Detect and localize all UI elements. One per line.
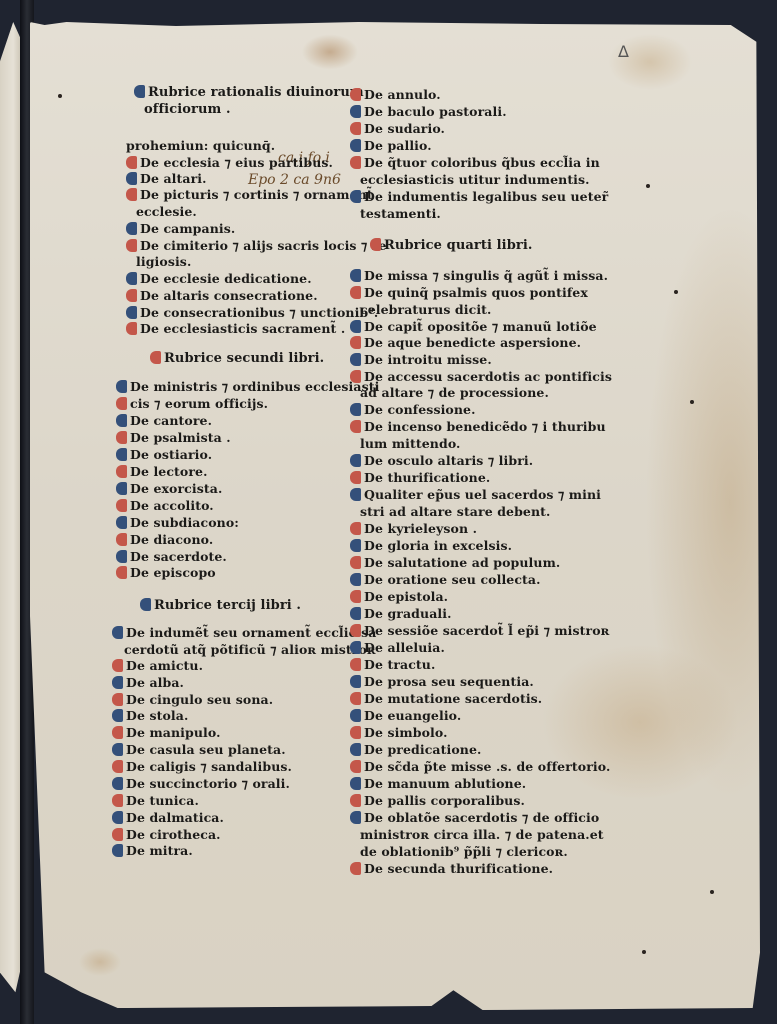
rubric-entry: De salutatione ad populum.	[350, 555, 560, 570]
rubric-text: ecclesiasticis utitur indumentis.	[360, 172, 590, 187]
rubric-entry: De stola.	[112, 708, 188, 723]
pilcrow-blue-icon	[350, 454, 361, 467]
rubric-text: De amictu.	[126, 658, 203, 673]
rubric-text: De introitu misse.	[364, 352, 492, 367]
pilcrow-blue-icon	[140, 598, 151, 611]
rubric-entry: De alleluia.	[350, 640, 445, 655]
rubric-entry: De pallio.	[350, 138, 432, 153]
rubric-text: lum mittendo.	[360, 436, 461, 451]
rubric-entry: De graduali.	[350, 606, 452, 621]
rubric-text: De oblatõe sacerdotis ⁊ de officio	[364, 810, 599, 825]
rubric-text: De simbolo.	[364, 725, 448, 740]
rubric-text: De cimiterio ⁊ alijs sacris locis ⁊ re	[140, 238, 387, 253]
rubric-text: cis ⁊ eorum officijs.	[130, 396, 268, 411]
pilcrow-red-icon	[350, 88, 361, 101]
pilcrow-blue-icon	[350, 811, 361, 824]
rubric-text: De cirotheca.	[126, 827, 221, 842]
rubric-text: De diacono.	[130, 532, 213, 547]
rubric-entry: De sacerdote.	[116, 549, 227, 564]
rubric-text: De indumẽt̃ seu ornament̃ eccl̃ie sa	[126, 625, 376, 640]
rubric-text: De graduali.	[364, 606, 452, 621]
pilcrow-red-icon	[116, 397, 127, 410]
rubric-entry: De osculo altaris ⁊ libri.	[350, 453, 533, 468]
rubric-text: de oblationib⁹ p̃p̃li ⁊ clericoʀ.	[360, 844, 568, 859]
rubric-text: De cingulo seu sona.	[126, 692, 273, 707]
rubric-text: De dalmatica.	[126, 810, 224, 825]
rubric-entry: De ministris ⁊ ordinibus ecclesiasti	[116, 379, 379, 394]
rubric-text: cerdotũ atq̃ põtificũ ⁊ alioʀ mistroʀ	[124, 642, 376, 657]
rubric-entry: De lectore.	[116, 464, 208, 479]
rubric-text: prohemiun: quicunq̄.	[126, 138, 275, 153]
rubric-entry: De tunica.	[112, 793, 199, 808]
rubric-entry: ad altare ⁊ de processione.	[360, 385, 549, 400]
rubric-entry: de oblationib⁹ p̃p̃li ⁊ clericoʀ.	[360, 844, 568, 859]
rubric-text: De kyrieleyson .	[364, 521, 477, 536]
rubric-entry: De secunda thurificatione.	[350, 861, 553, 876]
rubric-entry: De introitu misse.	[350, 352, 492, 367]
rubric-text: De alba.	[126, 675, 184, 690]
rubric-text: De mitra.	[126, 843, 193, 858]
rubric-text: De capit̃ opositõe ⁊ manuũ lotiõe	[364, 319, 597, 334]
pilcrow-red-icon	[350, 726, 361, 739]
manuscript-page: Δ ca.i fo.i Epo 2 ca 9n6 Rubrice rationa…	[30, 22, 760, 1012]
rubric-text: De prosa seu sequentia.	[364, 674, 534, 689]
rubric-entry: De consecrationibus ⁊ unctionib⁹.	[126, 305, 378, 320]
rubric-entry: stri ad altare stare debent.	[360, 504, 551, 519]
pilcrow-blue-icon	[116, 414, 127, 427]
pilcrow-blue-icon	[112, 743, 123, 756]
rubric-entry: De pallis corporalibus.	[350, 793, 525, 808]
rubric-entry: celebraturus dicit.	[360, 302, 492, 317]
rubric-entry: De gloria in excelsis.	[350, 538, 512, 553]
rubric-entry: De cingulo seu sona.	[112, 692, 273, 707]
rubric-entry: De ecclesie dedicatione.	[126, 271, 312, 286]
pilcrow-blue-icon	[112, 811, 123, 824]
pilcrow-blue-icon	[116, 550, 127, 563]
pilcrow-red-icon	[350, 122, 361, 135]
rubric-text: De tractu.	[364, 657, 435, 672]
rubric-entry: De indumentis legalibus seu ueter̃	[350, 189, 608, 204]
pilcrow-blue-icon	[350, 777, 361, 790]
pilcrow-blue-icon	[350, 743, 361, 756]
rubric-text: De psalmista .	[130, 430, 231, 445]
pilcrow-blue-icon	[350, 607, 361, 620]
pilcrow-red-icon	[350, 862, 361, 875]
pilcrow-blue-icon	[112, 676, 123, 689]
rubric-text: De ministris ⁊ ordinibus ecclesiasti	[130, 379, 379, 394]
rubric-entry: ligiosis.	[136, 254, 191, 269]
rubric-entry: De capit̃ opositõe ⁊ manuũ lotiõe	[350, 319, 597, 334]
marginal-annotation-line2: Epo 2 ca 9n6	[248, 172, 341, 188]
pilcrow-red-icon	[350, 760, 361, 773]
rubric-entry: De manuum ablutione.	[350, 776, 526, 791]
pilcrow-red-icon	[370, 238, 381, 251]
rubric-entry: De cimiterio ⁊ alijs sacris locis ⁊ re	[126, 238, 387, 253]
ink-spot	[690, 400, 694, 404]
pilcrow-blue-icon	[116, 516, 127, 529]
pilcrow-blue-icon	[350, 675, 361, 688]
rubric-entry: De predicatione.	[350, 742, 481, 757]
pilcrow-red-icon	[350, 556, 361, 569]
rubric-entry: De annulo.	[350, 87, 441, 102]
rubric-entry: De succinctorio ⁊ orali.	[112, 776, 290, 791]
ink-spot	[642, 950, 646, 954]
rubric-heading: Rubrice secundi libri.	[150, 351, 324, 366]
pilcrow-red-icon	[112, 794, 123, 807]
rubric-text: De secunda thurificatione.	[364, 861, 553, 876]
rubric-entry: De sudario.	[350, 121, 445, 136]
pilcrow-blue-icon	[112, 844, 123, 857]
rubric-entry: De oratione seu collecta.	[350, 572, 541, 587]
rubric-entry: De dalmatica.	[112, 810, 224, 825]
pilcrow-blue-icon	[112, 626, 123, 639]
rubric-entry: De altaris consecratione.	[126, 288, 318, 303]
rubric-text: De missa ⁊ singulis q̃ agũt̃ i missa.	[364, 268, 608, 283]
rubric-entry: De cirotheca.	[112, 827, 221, 842]
rubric-text: De aque benedicte aspersione.	[364, 335, 581, 350]
rubric-entry: De amictu.	[112, 658, 203, 673]
shelfmark-glyph: Δ	[618, 42, 629, 61]
rubric-entry: De q̃tuor coloribus q̃bus eccl̃ia in	[350, 155, 600, 170]
rubric-text: De ecclesie dedicatione.	[140, 271, 312, 286]
pilcrow-blue-icon	[350, 269, 361, 282]
rubric-text: De altaris consecratione.	[140, 288, 318, 303]
pilcrow-blue-icon	[350, 403, 361, 416]
rubric-entry: De altari.	[126, 171, 207, 186]
rubric-text: Rubrice quarti libri.	[384, 238, 533, 253]
pilcrow-blue-icon	[350, 190, 361, 203]
rubric-text: De stola.	[126, 708, 188, 723]
rubric-text: testamenti.	[360, 206, 441, 221]
pilcrow-blue-icon	[116, 380, 127, 393]
rubric-entry: De diacono.	[116, 532, 213, 547]
pilcrow-blue-icon	[112, 777, 123, 790]
rubric-text: De campanis.	[140, 221, 235, 236]
rubric-text: ecclesie.	[136, 204, 197, 219]
rubric-text: stri ad altare stare debent.	[360, 504, 551, 519]
rubric-text: De quinq̃ psalmis quos pontifex	[364, 285, 588, 300]
rubric-entry: De quinq̃ psalmis quos pontifex	[350, 285, 588, 300]
rubric-text: De ecclesia ⁊ eius partibus.	[140, 155, 333, 170]
rubric-entry: ecclesie.	[136, 204, 197, 219]
rubric-entry: De euangelio.	[350, 708, 461, 723]
rubric-entry: De accessu sacerdotis ac pontificis	[350, 369, 612, 384]
rubric-entry: De incenso benedicẽdo ⁊ i thuribu	[350, 419, 606, 434]
rubric-entry: De epistola.	[350, 589, 448, 604]
rubric-entry: De picturis ⁊ cortinis ⁊ ornament̃	[126, 187, 373, 202]
rubric-entry: De mitra.	[112, 843, 193, 858]
rubric-text: De altari.	[140, 171, 207, 186]
rubric-heading: Rubrice tercij libri .	[140, 598, 301, 613]
pilcrow-blue-icon	[350, 105, 361, 118]
pilcrow-red-icon	[350, 692, 361, 705]
rubric-text: De confessione.	[364, 402, 476, 417]
rubric-text: De consecrationibus ⁊ unctionib⁹.	[140, 305, 378, 320]
rubric-heading: Rubrice rationalis diuinorum	[134, 85, 364, 100]
rubric-text: De q̃tuor coloribus q̃bus eccl̃ia in	[364, 155, 600, 170]
rubric-text: celebraturus dicit.	[360, 302, 492, 317]
pilcrow-red-icon	[116, 431, 127, 444]
pilcrow-red-icon	[126, 188, 137, 201]
rubric-entry: ministroʀ circa illa. ⁊ de patena.et	[360, 827, 604, 842]
rubric-entry: cis ⁊ eorum officijs.	[116, 396, 268, 411]
rubric-entry: cerdotũ atq̃ põtificũ ⁊ alioʀ mistroʀ	[124, 642, 376, 657]
rubric-text: De pallio.	[364, 138, 432, 153]
pilcrow-red-icon	[350, 624, 361, 637]
rubric-entry: De ostiario.	[116, 447, 212, 462]
pilcrow-red-icon	[116, 465, 127, 478]
rubric-text: De episcopo	[130, 565, 216, 580]
rubric-text: De sacerdote.	[130, 549, 227, 564]
rubric-entry: De prosa seu sequentia.	[350, 674, 534, 689]
rubric-entry: De casula seu planeta.	[112, 742, 286, 757]
rubric-entry: De indumẽt̃ seu ornament̃ eccl̃ie sa	[112, 625, 376, 640]
pilcrow-blue-icon	[350, 488, 361, 501]
pilcrow-blue-icon	[134, 85, 145, 98]
pilcrow-blue-icon	[350, 573, 361, 586]
pilcrow-red-icon	[126, 156, 137, 169]
rubric-text: De incenso benedicẽdo ⁊ i thuribu	[364, 419, 606, 434]
rubric-text: De osculo altaris ⁊ libri.	[364, 453, 533, 468]
rubric-text: De pallis corporalibus.	[364, 793, 525, 808]
rubric-text: De subdiacono:	[130, 515, 239, 530]
pilcrow-red-icon	[126, 239, 137, 252]
rubric-entry: De tractu.	[350, 657, 435, 672]
rubric-entry: De exorcista.	[116, 481, 222, 496]
rubric-entry: De sc̃da p̃te misse .s. de offertorio.	[350, 759, 610, 774]
rubric-entry: prohemiun: quicunq̄.	[126, 138, 275, 153]
pilcrow-red-icon	[116, 533, 127, 546]
rubric-text: De ostiario.	[130, 447, 212, 462]
ink-spot	[710, 890, 714, 894]
rubric-text: De predicatione.	[364, 742, 481, 757]
rubric-entry: De cantore.	[116, 413, 212, 428]
rubric-entry: testamenti.	[360, 206, 441, 221]
pilcrow-blue-icon	[350, 709, 361, 722]
pilcrow-red-icon	[350, 156, 361, 169]
pilcrow-blue-icon	[116, 482, 127, 495]
rubric-text: De gloria in excelsis.	[364, 538, 512, 553]
ink-spot	[674, 290, 678, 294]
rubric-text: De accolito.	[130, 498, 214, 513]
rubric-text: De epistola.	[364, 589, 448, 604]
pilcrow-red-icon	[112, 726, 123, 739]
rubric-text: officiorum .	[144, 102, 231, 117]
rubric-entry: De accolito.	[116, 498, 214, 513]
ink-spot	[646, 184, 650, 188]
rubric-entry: De mutatione sacerdotis.	[350, 691, 542, 706]
rubric-text: De picturis ⁊ cortinis ⁊ ornament̃	[140, 187, 373, 202]
rubric-entry: De episcopo	[116, 565, 216, 580]
rubric-entry: De oblatõe sacerdotis ⁊ de officio	[350, 810, 599, 825]
rubric-entry: De alba.	[112, 675, 184, 690]
rubric-text: De thurificatione.	[364, 470, 490, 485]
pilcrow-red-icon	[350, 286, 361, 299]
rubric-text: De succinctorio ⁊ orali.	[126, 776, 290, 791]
pilcrow-blue-icon	[126, 222, 137, 235]
rubric-text: De sudario.	[364, 121, 445, 136]
pilcrow-blue-icon	[350, 320, 361, 333]
rubric-text: De caligis ⁊ sandalibus.	[126, 759, 292, 774]
rubric-entry: De psalmista .	[116, 430, 231, 445]
rubric-text: De manuum ablutione.	[364, 776, 526, 791]
pilcrow-red-icon	[126, 289, 137, 302]
rubric-entry: De sessiõe sacerdot̃ l̃ ep̃i ⁊ mistroʀ	[350, 623, 609, 638]
rubric-text: De accessu sacerdotis ac pontificis	[364, 369, 612, 384]
rubric-entry: De thurificatione.	[350, 470, 490, 485]
rubric-text: ad altare ⁊ de processione.	[360, 385, 549, 400]
rubric-text: De sessiõe sacerdot̃ l̃ ep̃i ⁊ mistroʀ	[364, 623, 609, 638]
rubric-entry: De caligis ⁊ sandalibus.	[112, 759, 292, 774]
rubric-text: De tunica.	[126, 793, 199, 808]
pilcrow-red-icon	[116, 499, 127, 512]
rubric-text: De indumentis legalibus seu ueter̃	[364, 189, 608, 204]
rubric-entry: De manipulo.	[112, 725, 221, 740]
facing-page-edge	[0, 22, 22, 1002]
rubric-entry: De confessione.	[350, 402, 476, 417]
rubric-entry: lum mittendo.	[360, 436, 461, 451]
rubric-text: De ecclesiasticis sacrament̃ .	[140, 321, 345, 336]
pilcrow-red-icon	[112, 693, 123, 706]
pilcrow-red-icon	[350, 590, 361, 603]
pilcrow-red-icon	[350, 471, 361, 484]
pilcrow-blue-icon	[126, 272, 137, 285]
rubric-entry: De ecclesia ⁊ eius partibus.	[126, 155, 333, 170]
rubric-entry: De subdiacono:	[116, 515, 239, 530]
ink-spot	[58, 94, 62, 98]
rubric-entry: De kyrieleyson .	[350, 521, 477, 536]
pilcrow-red-icon	[350, 336, 361, 349]
pilcrow-blue-icon	[126, 172, 137, 185]
rubric-entry: ecclesiasticis utitur indumentis.	[360, 172, 590, 187]
rubric-text: De annulo.	[364, 87, 441, 102]
rubric-entry: De missa ⁊ singulis q̃ agũt̃ i missa.	[350, 268, 608, 283]
rubric-entry: De campanis.	[126, 221, 235, 236]
rubric-entry: De simbolo.	[350, 725, 448, 740]
pilcrow-blue-icon	[350, 641, 361, 654]
pilcrow-red-icon	[112, 659, 123, 672]
rubric-entry: De ecclesiasticis sacrament̃ .	[126, 321, 345, 336]
rubric-text: De baculo pastorali.	[364, 104, 507, 119]
pilcrow-blue-icon	[350, 539, 361, 552]
rubric-text: ligiosis.	[136, 254, 191, 269]
rubric-text: De euangelio.	[364, 708, 461, 723]
rubric-text: De manipulo.	[126, 725, 221, 740]
rubric-entry: De aque benedicte aspersione.	[350, 335, 581, 350]
rubric-entry: Qualiter ep̃us uel sacerdos ⁊ mini	[350, 487, 601, 502]
pilcrow-red-icon	[350, 522, 361, 535]
rubric-text: Rubrice secundi libri.	[164, 351, 324, 366]
pilcrow-blue-icon	[350, 139, 361, 152]
rubric-text: De oratione seu collecta.	[364, 572, 541, 587]
rubric-text: De sc̃da p̃te misse .s. de offertorio.	[364, 759, 610, 774]
rubric-text: ministroʀ circa illa. ⁊ de patena.et	[360, 827, 604, 842]
pilcrow-red-icon	[350, 420, 361, 433]
pilcrow-red-icon	[126, 322, 137, 335]
rubric-text: De alleluia.	[364, 640, 445, 655]
rubric-text: De casula seu planeta.	[126, 742, 286, 757]
pilcrow-red-icon	[350, 794, 361, 807]
pilcrow-red-icon	[350, 658, 361, 671]
pilcrow-blue-icon	[126, 306, 137, 319]
pilcrow-red-icon	[350, 370, 361, 383]
rubric-text: De cantore.	[130, 413, 212, 428]
pilcrow-red-icon	[116, 566, 127, 579]
pilcrow-red-icon	[112, 828, 123, 841]
pilcrow-red-icon	[150, 351, 161, 364]
rubric-text: De exorcista.	[130, 481, 222, 496]
pilcrow-blue-icon	[350, 353, 361, 366]
rubric-text: Rubrice tercij libri .	[154, 598, 301, 613]
rubric-text: De mutatione sacerdotis.	[364, 691, 542, 706]
rubric-entry: De baculo pastorali.	[350, 104, 507, 119]
pilcrow-blue-icon	[116, 448, 127, 461]
rubric-text: De lectore.	[130, 464, 208, 479]
rubric-text: Qualiter ep̃us uel sacerdos ⁊ mini	[364, 487, 601, 502]
pilcrow-red-icon	[112, 760, 123, 773]
pilcrow-blue-icon	[112, 709, 123, 722]
rubric-heading: Rubrice quarti libri.	[370, 238, 533, 253]
rubric-heading: officiorum .	[144, 102, 231, 117]
rubric-text: Rubrice rationalis diuinorum	[148, 85, 364, 100]
rubric-text: De salutatione ad populum.	[364, 555, 560, 570]
